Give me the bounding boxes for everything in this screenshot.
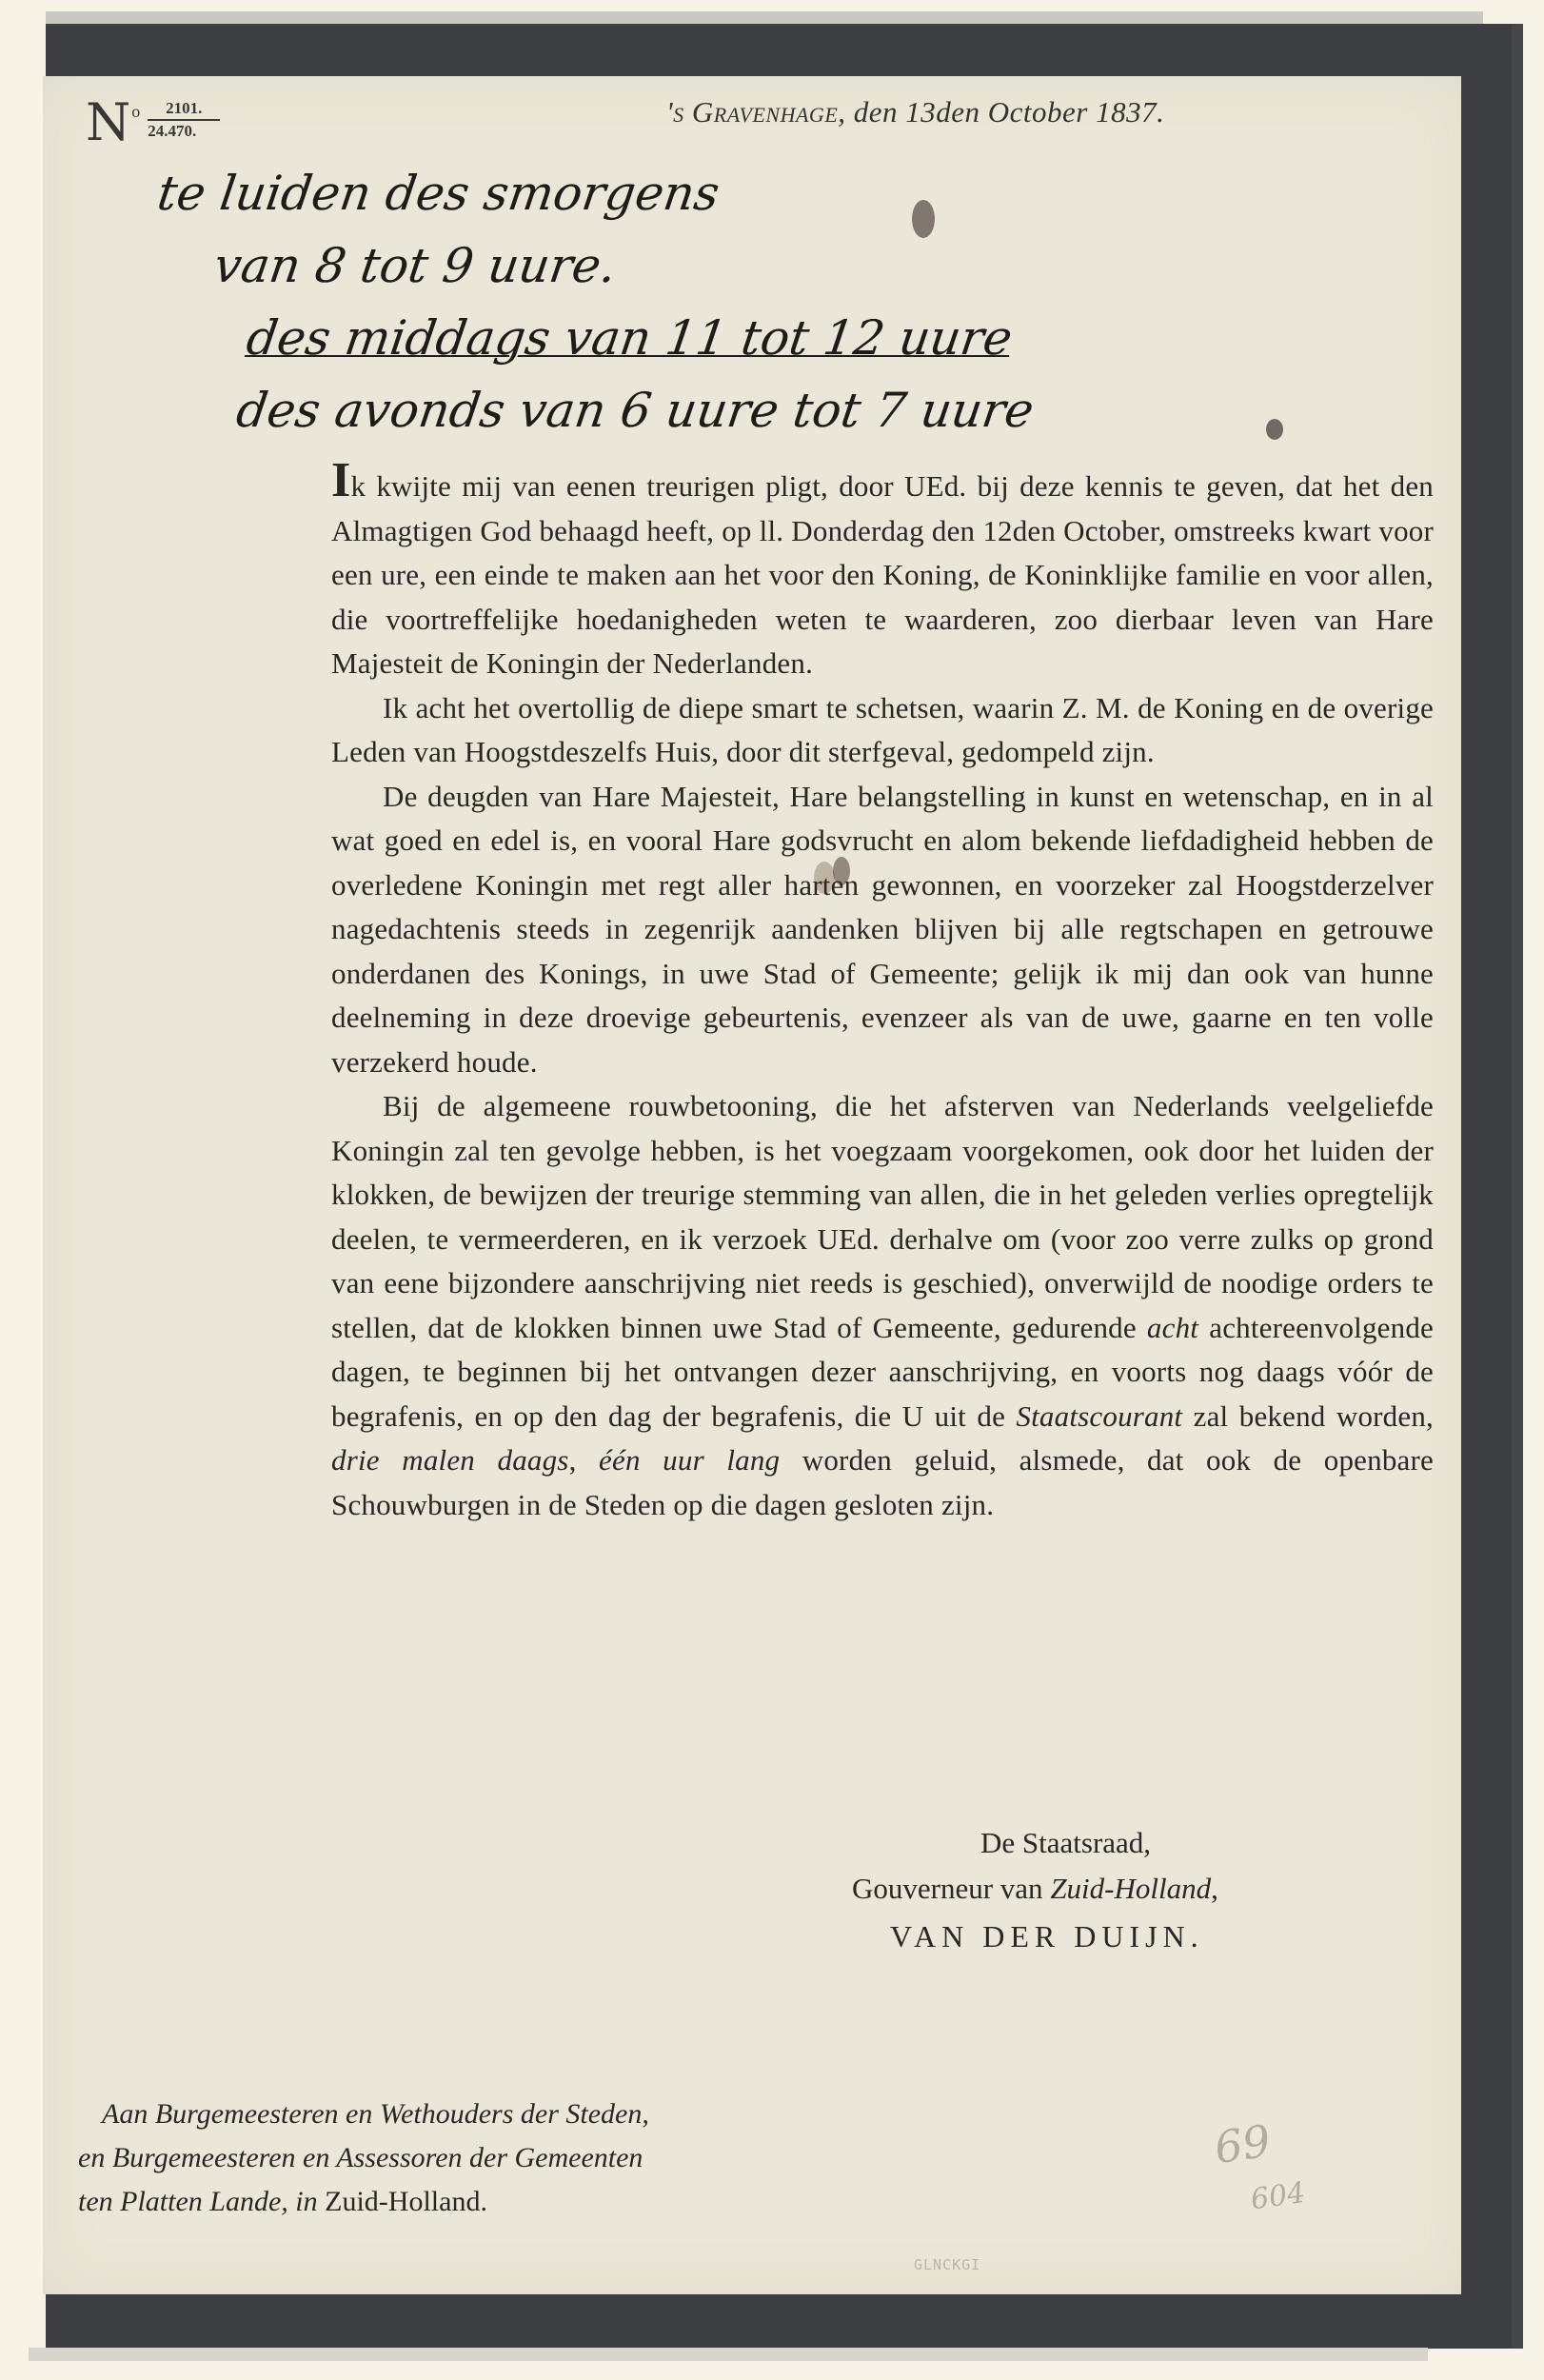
handwritten-line: des middags van 11 tot 12 uure — [242, 302, 1333, 374]
handwritten-note: te luiden des smorgens van 8 tot 9 uure.… — [123, 157, 1354, 446]
role-text: , — [1211, 1872, 1218, 1905]
number-suffix: o — [131, 102, 140, 122]
addressee-block: Aan Burgemeesteren en Wethouders der Ste… — [78, 2092, 897, 2224]
emphasis: acht — [1147, 1311, 1198, 1344]
number-prefix: N — [86, 100, 129, 146]
paragraph-text: Bij de algemeene rouwbetooning, die het … — [331, 1089, 1434, 1344]
addressee-province: Zuid-Holland. — [325, 2186, 487, 2217]
watermark-stamp: GLNCKGI — [914, 2256, 980, 2273]
handwritten-line: te luiden des smorgens — [153, 157, 1354, 229]
emphasis: Staatscourant — [1016, 1399, 1182, 1433]
signatory-role: Gouverneur van Zuid-Holland, — [852, 1866, 1371, 1912]
signature-block: De Staatsraad, Gouverneur van Zuid-Holla… — [838, 1820, 1371, 1961]
paragraph-1: Ik kwijte mij van eenen treurigen pligt,… — [331, 465, 1434, 686]
paragraph-3: De deugden van Hare Majesteit, Hare bela… — [331, 775, 1434, 1085]
paragraph-text: , — [569, 1443, 599, 1477]
number-fraction: 2101. 24.470. — [148, 100, 220, 140]
role-text: Gouverneur van — [852, 1872, 1050, 1905]
addressee-text: ten Platten Lande, in — [78, 2186, 325, 2217]
paragraph-text: k kwijte mij van eenen treurigen pligt, … — [331, 469, 1434, 680]
paragraph-text: zal bekend worden, — [1182, 1399, 1434, 1433]
pencil-number: 604 — [1247, 2165, 1309, 2229]
paragraph-4: Bij de algemeene rouwbetooning, die het … — [331, 1084, 1434, 1527]
date: , den 13den October 1837. — [838, 95, 1164, 129]
number-top: 2101. — [148, 100, 220, 121]
paragraph-2: Ik acht het overtollig de diepe smart te… — [331, 686, 1434, 775]
handwritten-line: van 8 tot 9 uure. — [209, 229, 1343, 302]
role-province: Zuid-Holland — [1050, 1872, 1211, 1905]
drop-cap: I — [331, 453, 350, 507]
place: 's Gravenhage — [666, 95, 838, 129]
place-and-date: 's Gravenhage, den 13den October 1837. — [666, 95, 1164, 129]
handwritten-line: des avonds van 6 uure tot 7 uure — [232, 374, 1323, 446]
addressee-line: Aan Burgemeesteren en Wethouders der Ste… — [102, 2092, 897, 2136]
signatory-title: De Staatsraad, — [980, 1820, 1371, 1866]
signatory-name: VAN DER DUIJN. — [890, 1912, 1371, 1961]
addressee-line: en Burgemeesteren en Assessoren der Geme… — [78, 2136, 897, 2180]
document-number: N o 2101. 24.470. — [86, 100, 220, 146]
emphasis: drie malen daags — [331, 1443, 569, 1477]
emphasis: één uur lang — [599, 1443, 780, 1477]
letter-body: Ik kwijte mij van eenen treurigen pligt,… — [331, 465, 1434, 1527]
page-shadow-bottom — [29, 2348, 1428, 2361]
addressee-line: ten Platten Lande, in Zuid-Holland. — [78, 2180, 897, 2224]
number-bottom: 24.470. — [148, 121, 220, 140]
pencil-annotation: 69 604 — [1211, 2109, 1309, 2233]
